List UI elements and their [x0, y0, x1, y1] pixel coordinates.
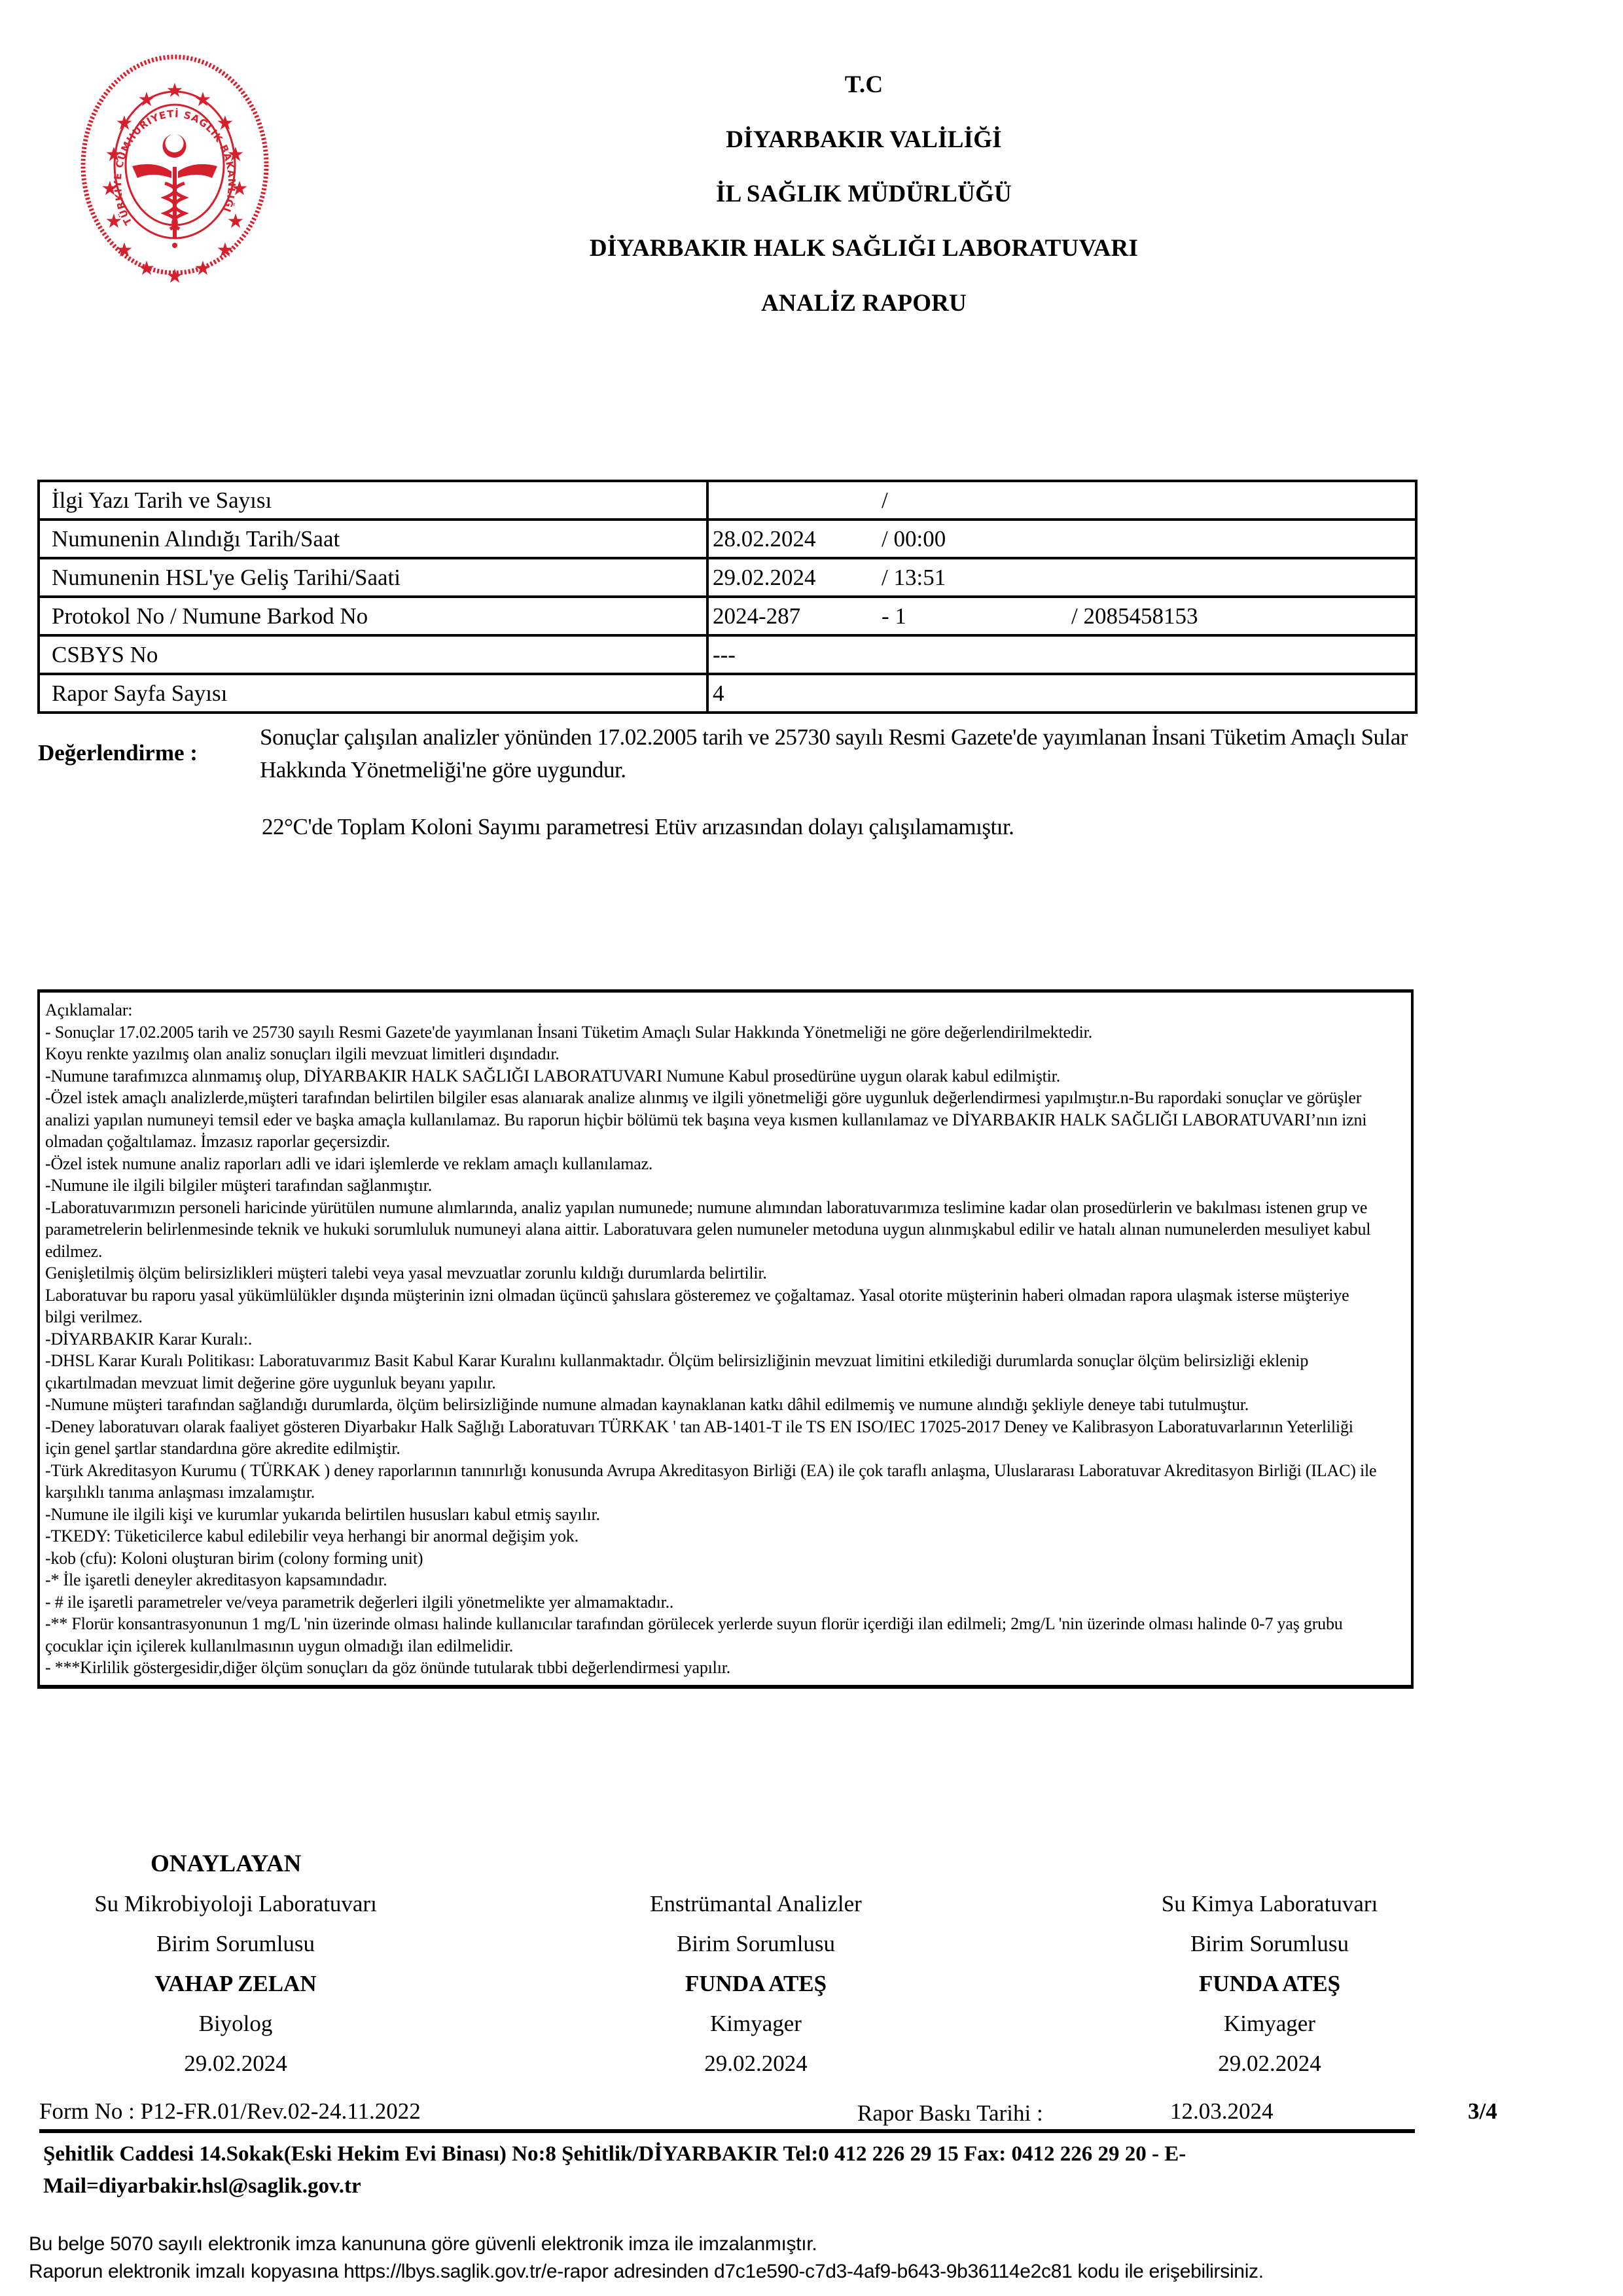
- signatory-name: VAHAP ZELAN: [7, 1964, 465, 2004]
- print-date: 12.03.2024: [1170, 2098, 1274, 2125]
- explanation-line: Genişletilmiş ölçüm belirsizlikleri müşt…: [45, 1262, 1406, 1284]
- evaluation-text-line: Sonuçlar çalışılan analizler yönünden 17…: [260, 721, 1562, 754]
- signatory-unit: Enstrümantal Analizler: [527, 1884, 985, 1924]
- address-email: Mail=diyarbakir.hsl@saglik.gov.tr: [43, 2170, 1418, 2202]
- info-value: 28.02.2024/ 00:00: [707, 520, 1416, 558]
- info-label: Numunenin Alındığı Tarih/Saat: [39, 520, 707, 558]
- print-date-label: Rapor Baskı Tarihi :: [857, 2100, 1043, 2127]
- signatory-date: 29.02.2024: [7, 2043, 465, 2083]
- explanation-line: -Özel istek amaçlı analizlerde,müşteri t…: [45, 1087, 1406, 1109]
- contact-address: Şehitlik Caddesi 14.Sokak(Eski Hekim Evi…: [43, 2138, 1418, 2202]
- explanation-line: -Numune ile ilgili bilgiler müşteri tara…: [45, 1174, 1406, 1197]
- explanation-line: -DİYARBAKIR Karar Kuralı:.: [45, 1328, 1406, 1351]
- svg-text:★: ★: [227, 210, 245, 233]
- explanations-box: Açıklamalar:- Sonuçlar 17.02.2005 tarih …: [37, 989, 1414, 1689]
- explanation-line: çıkartılmadan mevzuat limit değerine gör…: [45, 1372, 1406, 1394]
- explanation-line: -DHSL Karar Kuralı Politikası: Laboratuv…: [45, 1350, 1406, 1372]
- address-line: Şehitlik Caddesi 14.Sokak(Eski Hekim Evi…: [43, 2138, 1418, 2170]
- explanation-line: parametrelerin belirlenmesinde teknik ve…: [45, 1218, 1406, 1241]
- signatory-date: 29.02.2024: [527, 2043, 985, 2083]
- info-label: Protokol No / Numune Barkod No: [39, 597, 707, 635]
- evaluation-note: 22°C'de Toplam Koloni Sayımı parametresi…: [262, 814, 1014, 840]
- signatory-role: Birim Sorumlusu: [1041, 1924, 1499, 1964]
- info-value: /: [707, 481, 1416, 520]
- info-label: Numunenin HSL'ye Geliş Tarihi/Saati: [39, 558, 707, 597]
- info-row: İlgi Yazı Tarih ve Sayısı/: [39, 481, 1416, 520]
- report-title: ANALİZ RAPORU: [0, 289, 1623, 317]
- explanation-line: -kob (cfu): Koloni oluşturan birim (colo…: [45, 1547, 1406, 1570]
- explanation-line: -Özel istek numune analiz raporları adli…: [45, 1153, 1406, 1175]
- explanation-line: bilgi verilmez.: [45, 1306, 1406, 1328]
- info-value-secondary: - 1: [882, 603, 1071, 629]
- info-value: 2024-287- 1/ 2085458153: [707, 597, 1416, 635]
- info-row: Rapor Sayfa Sayısı4: [39, 674, 1416, 713]
- info-row: Numunenin Alındığı Tarih/Saat28.02.2024/…: [39, 520, 1416, 558]
- form-number: Form No : P12-FR.01/Rev.02-24.11.2022: [39, 2098, 421, 2125]
- explanation-line: - # ile işaretli parametreler ve/veya pa…: [45, 1591, 1406, 1614]
- explanation-line: karşılıklı tanıma anlaşması imzalamıştır…: [45, 1481, 1406, 1504]
- explanation-line: -* İle işaretli deneyler akreditasyon ka…: [45, 1569, 1406, 1591]
- explanation-line: Koyu renkte yazılmış olan analiz sonuçla…: [45, 1043, 1406, 1065]
- info-label: CSBYS No: [39, 635, 707, 674]
- explanation-line: çocuklar için içilerek kullanılmasının u…: [45, 1635, 1406, 1657]
- explanation-line: edilmez.: [45, 1241, 1406, 1263]
- explanation-line: -Türk Akreditasyon Kurumu ( TÜRKAK ) den…: [45, 1460, 1406, 1482]
- explanations-heading: Açıklamalar:: [45, 999, 1406, 1021]
- info-value-secondary: /: [882, 487, 1071, 514]
- explanation-line: -Numune müşteri tarafından sağlandığı du…: [45, 1394, 1406, 1416]
- signatory-unit: Su Kimya Laboratuvarı: [1041, 1884, 1499, 1924]
- esignature-verification: Raporun elektronik imzalı kopyasına http…: [29, 2261, 1264, 2283]
- header-directorate: İL SAĞLIK MÜDÜRLÜĞÜ: [0, 180, 1623, 208]
- info-row: Numunenin HSL'ye Geliş Tarihi/Saati29.02…: [39, 558, 1416, 597]
- signatory-title: Kimyager: [1041, 2004, 1499, 2043]
- explanation-line: olmadan çoğaltılamaz. İmzasız raporlar g…: [45, 1131, 1406, 1153]
- explanation-line: - ***Kirlilik göstergesidir,diğer ölçüm …: [45, 1657, 1406, 1679]
- signatory-name: FUNDA ATEŞ: [527, 1964, 985, 2004]
- explanation-line: Laboratuvar bu raporu yasal yükümlülükle…: [45, 1284, 1406, 1307]
- evaluation-text: Sonuçlar çalışılan analizler yönünden 17…: [260, 721, 1562, 786]
- signatory-title: Biyolog: [7, 2004, 465, 2043]
- signatory-block: Su Kimya Laboratuvarı Birim Sorumlusu FU…: [1041, 1844, 1499, 2083]
- signatory-name: FUNDA ATEŞ: [1041, 1964, 1499, 2004]
- info-value: ---: [707, 635, 1416, 674]
- header-tc: T.C: [0, 71, 1623, 99]
- page-number: 3/4: [1468, 2098, 1497, 2125]
- info-row: Protokol No / Numune Barkod No2024-287- …: [39, 597, 1416, 635]
- explanation-line: -Numune tarafımızca alınmamış olup, DİYA…: [45, 1065, 1406, 1087]
- evaluation-text-line: Hakkında Yönetmeliği'ne göre uygundur.: [260, 754, 1562, 786]
- sample-info-table: İlgi Yazı Tarih ve Sayısı/Numunenin Alın…: [37, 480, 1418, 714]
- info-value-secondary: / 13:51: [882, 565, 1071, 591]
- signatory-date: 29.02.2024: [1041, 2043, 1499, 2083]
- signatory-role: Birim Sorumlusu: [527, 1924, 985, 1964]
- info-value-primary: 4: [713, 680, 882, 707]
- signatory-unit: Su Mikrobiyoloji Laboratuvarı: [7, 1884, 465, 1924]
- explanation-line: analizi yapılan numuneyi temsil eder ve …: [45, 1109, 1406, 1131]
- explanation-line: -Deney laboratuvarı olarak faaliyet göst…: [45, 1416, 1406, 1438]
- info-label: Rapor Sayfa Sayısı: [39, 674, 707, 713]
- info-value-primary: ---: [713, 642, 882, 668]
- signatory-block: Su Mikrobiyoloji Laboratuvarı Birim Soru…: [7, 1844, 465, 2083]
- evaluation-label: Değerlendirme :: [38, 740, 198, 766]
- explanation-line: - Sonuçlar 17.02.2005 tarih ve 25730 say…: [45, 1021, 1406, 1044]
- signatory-title: Kimyager: [527, 2004, 985, 2043]
- info-value-primary: 2024-287: [713, 603, 882, 629]
- info-value-secondary: / 00:00: [882, 526, 1071, 552]
- explanation-line: -Laboratuvarımızın personeli haricinde y…: [45, 1197, 1406, 1219]
- info-value: 29.02.2024/ 13:51: [707, 558, 1416, 597]
- signatory-block: Enstrümantal Analizler Birim Sorumlusu F…: [527, 1844, 985, 2083]
- explanation-line: -** Florür konsantrasyonunun 1 mg/L 'nin…: [45, 1613, 1406, 1635]
- explanation-line: -TKEDY: Tüketicilerce kabul edilebilir v…: [45, 1525, 1406, 1547]
- info-value-tertiary: / 2085458153: [1071, 603, 1198, 629]
- info-label: İlgi Yazı Tarih ve Sayısı: [39, 481, 707, 520]
- esignature-notice: Bu belge 5070 sayılı elektronik imza kan…: [29, 2233, 817, 2255]
- footer-divider: [39, 2129, 1415, 2133]
- header-laboratory: DİYARBAKIR HALK SAĞLIĞI LABORATUVARI: [0, 234, 1623, 262]
- svg-text:★: ★: [166, 265, 184, 288]
- header-governorship: DİYARBAKIR VALİLİĞİ: [0, 126, 1623, 154]
- signatory-role: Birim Sorumlusu: [7, 1924, 465, 1964]
- explanation-line: -Numune ile ilgili kişi ve kurumlar yuka…: [45, 1504, 1406, 1526]
- info-value-primary: 29.02.2024: [713, 565, 882, 591]
- info-value-primary: 28.02.2024: [713, 526, 882, 552]
- info-value: 4: [707, 674, 1416, 713]
- explanation-line: için genel şartlar standardına göre akre…: [45, 1438, 1406, 1460]
- info-row: CSBYS No---: [39, 635, 1416, 674]
